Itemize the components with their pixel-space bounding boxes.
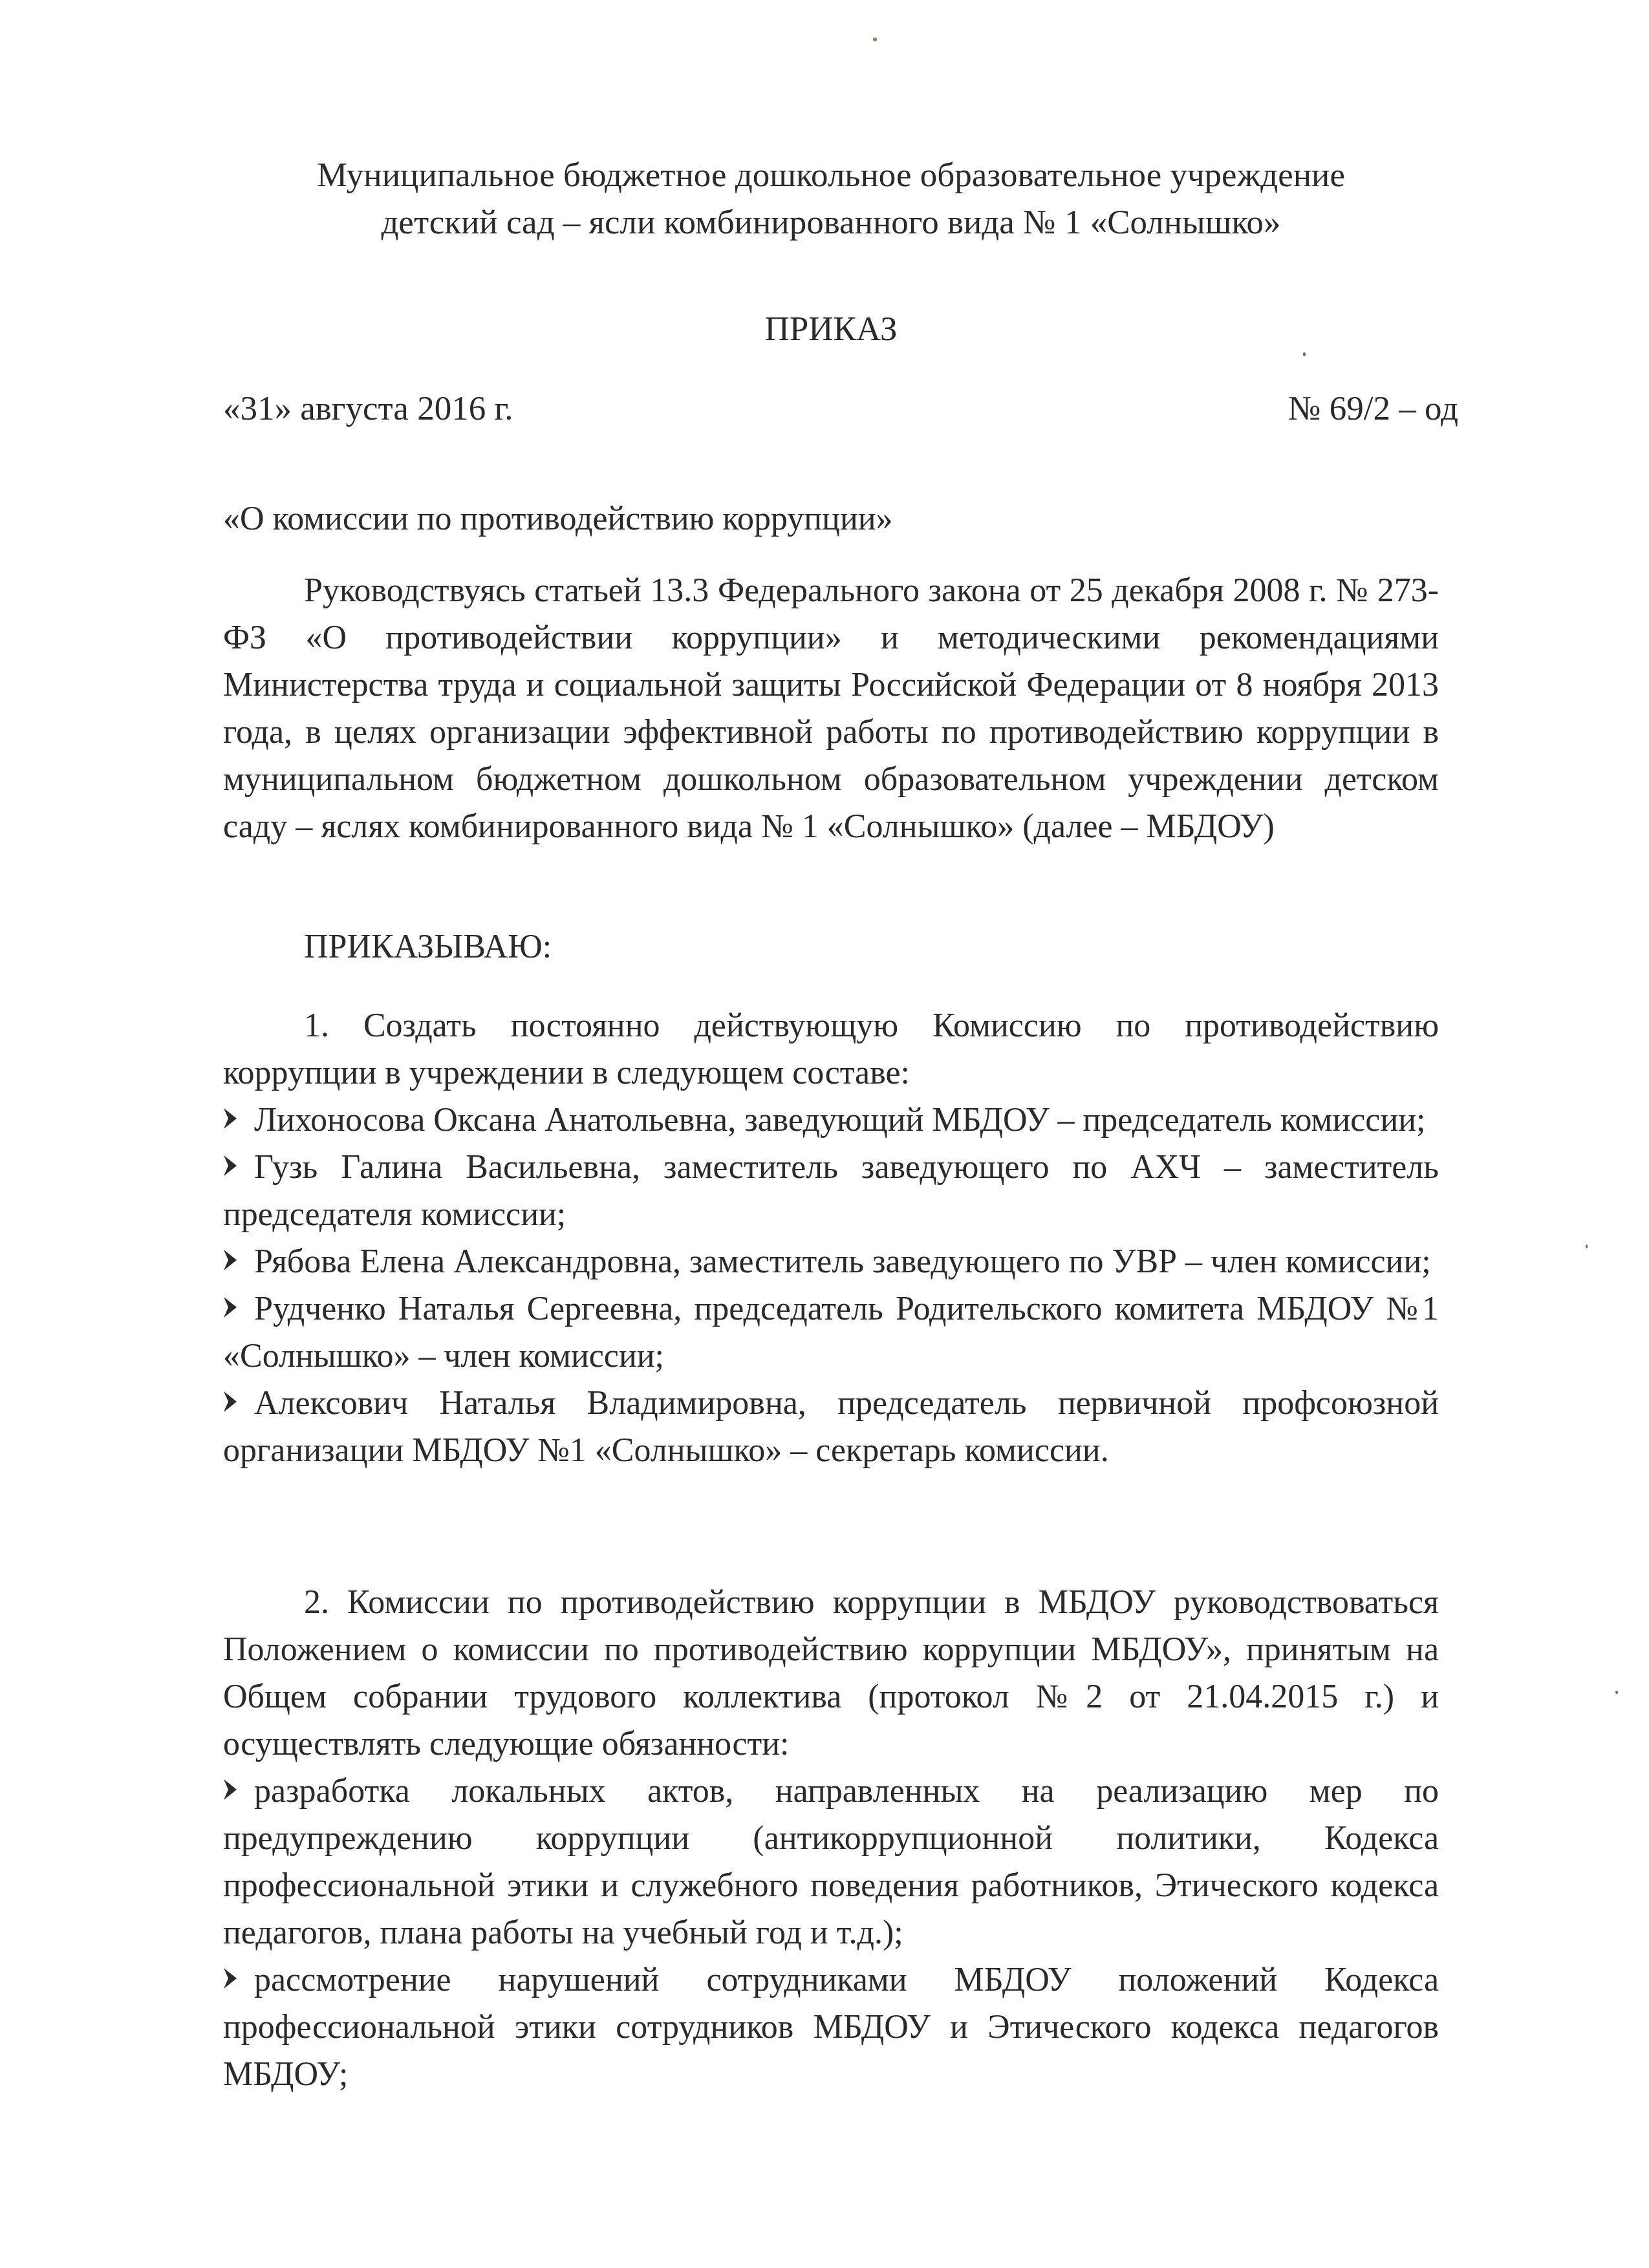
preamble-block: Руководствуясь статьей 13.3 Федерального… <box>223 567 1439 850</box>
scan-speck <box>1586 1245 1588 1248</box>
order-number: № 69/2 – од <box>1288 385 1458 433</box>
item-1-text: 1. Создать постоянно действующую Комисси… <box>223 1002 1439 1097</box>
duty-text: разработка локальных актов, направленных… <box>223 1773 1439 1951</box>
member-item: Алексович Наталья Владимировна, председа… <box>223 1380 1439 1474</box>
arrowhead-bullet-icon <box>223 1299 237 1320</box>
arrowhead-bullet-icon <box>223 1393 237 1414</box>
member-text: Алексович Наталья Владимировна, председа… <box>223 1385 1439 1469</box>
duty-text: рассмотрение нарушений сотрудниками МБДО… <box>223 1962 1439 2093</box>
member-item: Гузь Галина Васильевна, заместитель заве… <box>223 1144 1439 1238</box>
item-2-text: 2. Комиссии по противодействию коррупции… <box>223 1579 1439 1768</box>
arrowhead-bullet-icon <box>223 1157 237 1178</box>
arrowhead-bullet-icon <box>223 1110 237 1131</box>
arrowhead-bullet-icon <box>223 1252 237 1272</box>
document-title: ПРИКАЗ <box>223 306 1439 353</box>
scan-speck <box>1615 1691 1618 1694</box>
institution-header: Муниципальное бюджетное дошкольное образ… <box>223 152 1439 246</box>
duty-item: разработка локальных актов, направленных… <box>223 1768 1439 1956</box>
item-2-block: 2. Комиссии по противодействию коррупции… <box>223 1579 1439 2098</box>
scan-speck <box>873 37 877 41</box>
order-word: ПРИКАЗЫВАЮ: <box>304 923 552 970</box>
member-item: Рудченко Наталья Сергеевна, председатель… <box>223 1285 1439 1380</box>
institution-name-line1: Муниципальное бюджетное дошкольное образ… <box>223 152 1439 199</box>
preamble-paragraph: Руководствуясь статьей 13.3 Федерального… <box>223 567 1439 850</box>
order-date: «31» августа 2016 г. <box>223 385 513 433</box>
member-text: Рябова Елена Александровна, заместитель … <box>254 1243 1431 1280</box>
order-subject: «О комиссии по противодействию коррупции… <box>223 495 893 542</box>
scan-speck <box>1303 352 1306 356</box>
institution-name-line2: детский сад – ясли комбинированного вида… <box>223 199 1439 246</box>
item-1-block: 1. Создать постоянно действующую Комисси… <box>223 1002 1439 1474</box>
duty-item: рассмотрение нарушений сотрудниками МБДО… <box>223 1956 1439 2098</box>
date-number-line: «31» августа 2016 г. № 69/2 – од <box>223 385 1439 433</box>
member-item: Рябова Елена Александровна, заместитель … <box>223 1238 1439 1285</box>
member-text: Лихоносова Оксана Анатольевна, заведующи… <box>254 1102 1426 1139</box>
member-item: Лихоносова Оксана Анатольевна, заведующи… <box>223 1097 1439 1144</box>
member-text: Гузь Галина Васильевна, заместитель заве… <box>223 1149 1439 1233</box>
arrowhead-bullet-icon <box>223 1781 237 1802</box>
member-text: Рудченко Наталья Сергеевна, председатель… <box>223 1290 1439 1375</box>
arrowhead-bullet-icon <box>223 1970 237 1991</box>
